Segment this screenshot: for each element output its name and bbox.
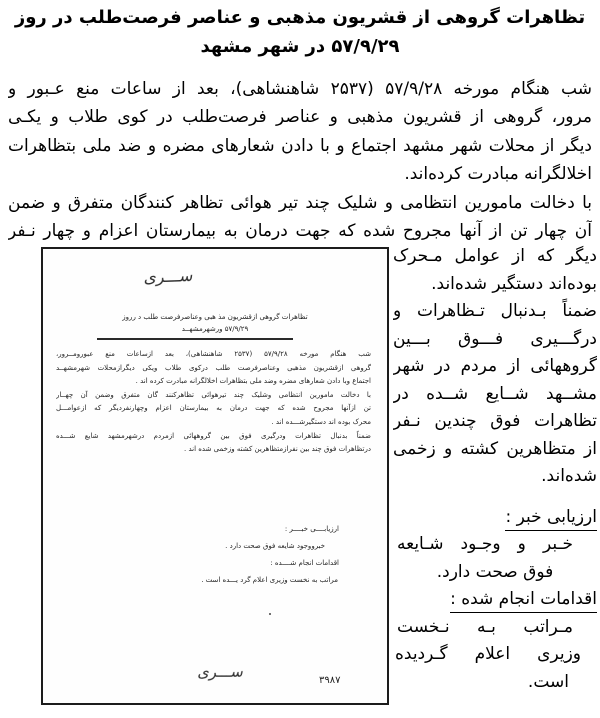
spacer: [393, 491, 597, 504]
scanned-evaluation-section: ارزیابــــی خبــــر : خبرووجود شایعه فوق…: [71, 521, 339, 589]
text-line: آن چهار تن از آنها مجروح شده که جهت درما…: [8, 217, 592, 245]
text-line: شده‌اند.: [393, 463, 597, 491]
text-line: دیگر که از عوامل مـحرک: [393, 243, 597, 271]
text-line: از متظاهرین کشته و زخمی: [393, 436, 597, 464]
text-line: با دخالت مامورین انتظامی وشلیک چند تیرهو…: [56, 389, 371, 403]
text-line: خبرووجود شایعه فوق صحت دارد .: [71, 538, 339, 555]
text-line: تن ازآنها مجروح شده که جهت درمان به بیما…: [56, 402, 371, 416]
wrap-column: دیگر که از عوامل مـحرک بوده‌اند دستگیر ش…: [393, 243, 597, 696]
title-line-1: تظاهرات گروهی از قشریون مذهبی و عناصر فر…: [0, 3, 600, 32]
title-line-2: ۵۷/۹/۲۹ در شهر مشهد: [0, 32, 600, 61]
scanned-title-line-1: تظاهرات گروهی ازقشریون مذ هبی وعناصرفرصت…: [88, 311, 342, 323]
text-line: با دخالت مامورین انتظامی و شلیک چند تیر …: [8, 189, 592, 217]
scanned-title-line-2: ۵۷/۹/۲۹ ورشهرمشهــد: [88, 323, 342, 335]
text-line: گروهی ازقشریون مذهبی وعناصرفرصت طلب درکو…: [56, 362, 371, 376]
text-line: تظاهرات فوق چندین نـفر: [393, 408, 597, 436]
text-line: ضمناً بدنبال تظاهرات ودرگیری فوق بین گرو…: [56, 430, 371, 444]
text-line: اخلالگرانه مبادرت کرده‌اند.: [8, 160, 592, 188]
text-line: محرک بوده اند دستگیرشـــده اند .: [56, 416, 371, 430]
text-line: درگـــیری فـــوق بـــین: [393, 326, 597, 354]
text-line: ضمناً بـدنبال تـظاهرات و: [393, 298, 597, 326]
secret-stamp-top: ســـری: [107, 265, 230, 288]
text-line: بوده‌اند دستگیر شده‌اند.: [393, 271, 597, 299]
secret-stamp-bottom: ســـری: [159, 663, 282, 681]
text-line: مـراتب بـه نـخست: [393, 614, 597, 642]
text-line: درتظاهرات فوق چند بین نفرازمتظاهرین کشته…: [56, 443, 371, 457]
scanned-actions-heading: اقدامات انجام شــــده :: [71, 555, 339, 572]
body-paragraph: شب هنگام مورخه ۵۷/۹/۲۸ (۲۵۳۷ شاهنشاهی)، …: [8, 75, 592, 245]
scanned-evaluation-heading: ارزیابــــی خبــــر :: [71, 521, 339, 538]
text-line: خـبر و وجـود شـایعه: [393, 531, 597, 559]
scanned-title: تظاهرات گروهی ازقشریون مذ هبی وعناصرفرصت…: [88, 311, 342, 335]
title-underline-rule: [97, 338, 293, 340]
text-line: شب هنگام مورخه ۵۷/۹/۲۸ (۲۵۳۷ شاهنشاهی)، …: [8, 75, 592, 103]
text-line: است.: [393, 669, 597, 697]
text-line: اجتماع وبا دادن شعارهای مضره وضد ملی بتظ…: [56, 375, 371, 389]
text-line: گروههائی از مردم در شهر: [393, 353, 597, 381]
text-line: مراتب به نخست وزیری اعلام گرد یـــده است…: [71, 572, 339, 589]
text-line: دیگر از محلات شهر مشهد اجتماع و با دادن …: [8, 132, 592, 160]
text-line: وزیری اعلام گـردیده: [393, 641, 597, 669]
page-title: تظاهرات گروهی از قشریون مذهبی و عناصر فر…: [0, 3, 600, 61]
text-line: مشــهد شــایع شــده در: [393, 381, 597, 409]
document-page: تظاهرات گروهی از قشریون مذهبی و عناصر فر…: [0, 0, 600, 718]
registry-number: ۳۹۸۷: [319, 675, 340, 686]
scanned-body: شب هنگام مورخه ۵۷/۹/۲۸ (۲۵۳۷ شاهنشاهی)، …: [56, 348, 371, 457]
scan-speck: [269, 613, 271, 615]
evaluation-heading: ارزیابی خبر :: [393, 504, 597, 532]
text-line: شب هنگام مورخه ۵۷/۹/۲۸ (۲۵۳۷ شاهنشاهی)، …: [56, 348, 371, 362]
text-line: فوق صحت دارد.: [393, 559, 597, 587]
scanned-document-image: ســـری تظاهرات گروهی ازقشریون مذ هبی وعن…: [41, 247, 389, 705]
actions-heading: اقدامات انجام شده :: [393, 586, 597, 614]
text-line: مرور، گروهی از قشریون مذهبی و عناصر فرصت…: [8, 103, 592, 131]
